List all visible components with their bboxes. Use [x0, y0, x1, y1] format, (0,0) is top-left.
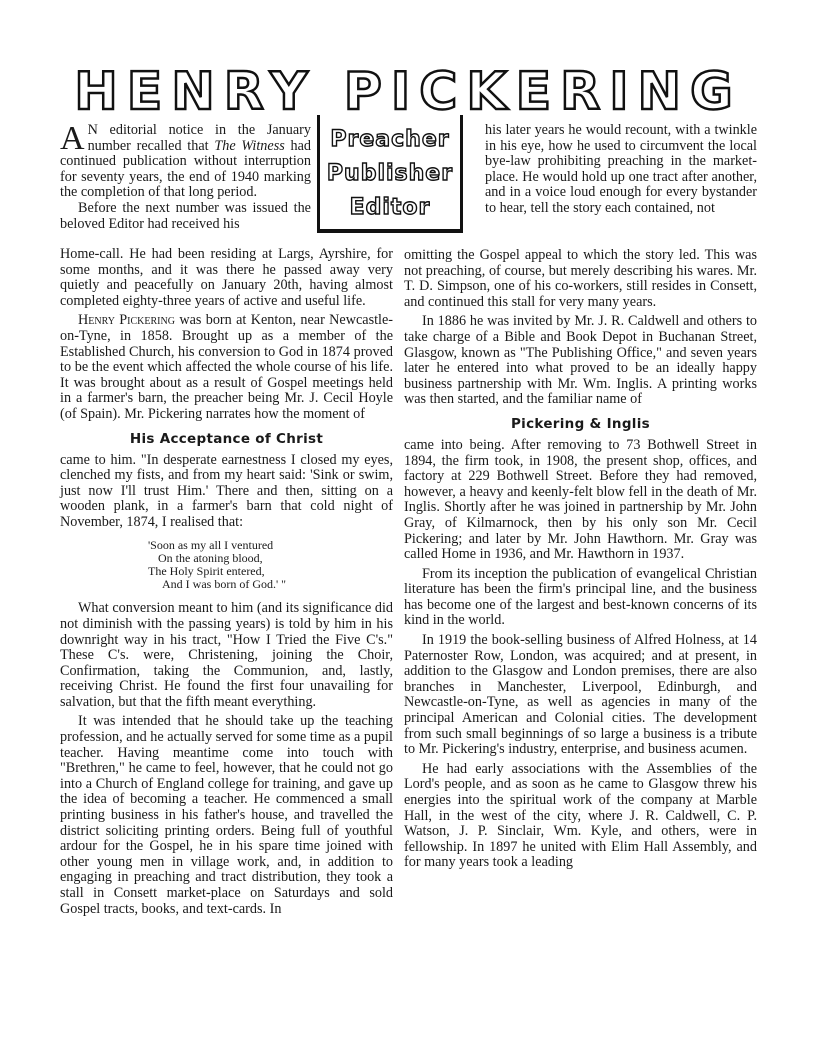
right-top-column: his later years he would recount, with a… — [485, 123, 757, 217]
verse-line: On the atoning blood, — [148, 552, 393, 565]
paragraph-3: Henry Pickering was born at Kenton, near… — [60, 313, 393, 422]
section-heading-pickering-inglis: Pickering & Inglis — [404, 416, 757, 432]
intro-paragraph: AN editorial notice in the January numbe… — [60, 123, 311, 201]
left-column: Home-call. He had been residing at Largs… — [60, 247, 393, 917]
verse-line: 'Soon as my all I ventured — [148, 539, 393, 552]
paragraph-r4: came into being. After removing to 73 Bo… — [404, 438, 757, 563]
paragraph-6: It was intended that he should take up t… — [60, 714, 393, 917]
role-publisher: Publisher — [320, 157, 460, 191]
paragraph-r2: omitting the Gospel appeal to which the … — [404, 248, 757, 310]
paragraph-2-cont: Home-call. He had been residing at Largs… — [60, 247, 393, 309]
paragraph-4: came to him. "In desperate earnestness I… — [60, 453, 393, 531]
drop-cap: A — [60, 125, 85, 153]
right-column: omitting the Gospel appeal to which the … — [404, 248, 757, 871]
paragraph-2-start: Before the next number was issued the be… — [60, 201, 311, 232]
paragraph-r3: In 1886 he was invited by Mr. J. R. Cald… — [404, 314, 757, 408]
paragraph-5: What conversion meant to him (and its si… — [60, 601, 393, 710]
verse-line: And I was born of God.' " — [148, 578, 393, 591]
paragraph-r7: He had early associations with the Assem… — [404, 762, 757, 871]
role-editor: Editor — [320, 191, 460, 225]
paragraph-r6: In 1919 the book-selling business of Alf… — [404, 633, 757, 758]
page-title: HENRY PICKERING — [0, 62, 816, 122]
publication-title: The Witness — [214, 138, 284, 154]
intro-column: AN editorial notice in the January numbe… — [60, 123, 311, 232]
hymn-verse: 'Soon as my all I ventured On the atonin… — [148, 539, 393, 592]
paragraph-r1: his later years he would recount, with a… — [485, 123, 757, 217]
role-preacher: Preacher — [320, 123, 460, 157]
paragraph-r5: From its inception the publication of ev… — [404, 567, 757, 629]
section-heading-acceptance: His Acceptance of Christ — [60, 431, 393, 447]
subtitle-box: Preacher Publisher Editor — [317, 115, 463, 233]
